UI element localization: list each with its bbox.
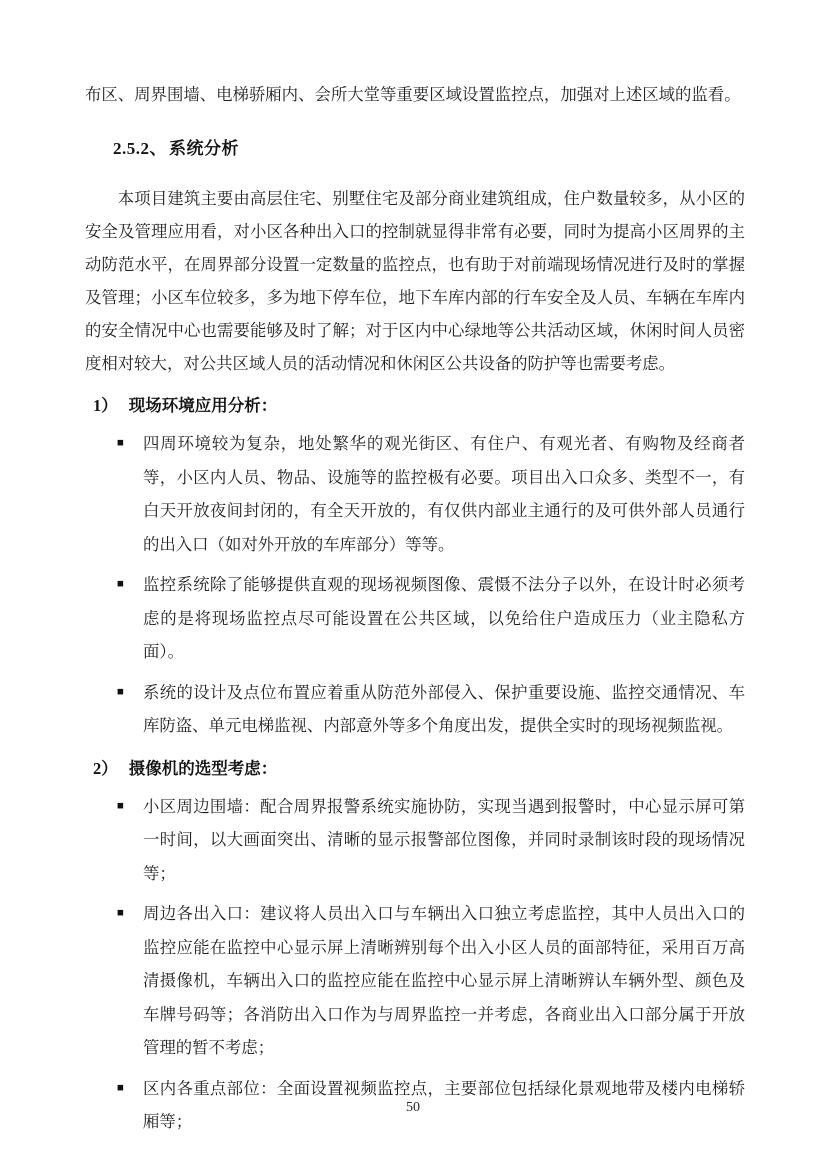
section-heading: 2.5.2、系统分析: [113, 136, 745, 162]
bullet-item: ■ 系统的设计及点位布置应着重从防范外部侵入、保护重要设施、监控交通情况、车库防…: [85, 676, 745, 743]
bullet-text: 监控系统除了能够提供直观的现场视频图像、震慑不法分子以外，在设计时必须考虑的是将…: [143, 575, 745, 661]
bullet-square-icon: ■: [117, 676, 124, 710]
bullet-item: ■ 周边各出入口：建议将人员出入口与车辆出入口独立考虑监控，其中人员出入口的监控…: [85, 897, 745, 1065]
bullet-list-site-analysis: ■ 四周环境较为复杂，地处繁华的观光街区、有住户、有观光者、有购物及经商者等，小…: [85, 427, 745, 743]
subsection-title: 现场环境应用分析：: [129, 396, 278, 415]
page-content: 布区、周界围墙、电梯骄厢内、会所大堂等重要区域设置监控点，加强对上述区域的监看。…: [85, 78, 745, 1139]
subsection-heading-camera-selection: 2）摄像机的选型考虑：: [93, 755, 745, 783]
continuation-paragraph: 布区、周界围墙、电梯骄厢内、会所大堂等重要区域设置监控点，加强对上述区域的监看。: [85, 78, 745, 111]
bullet-square-icon: ■: [117, 427, 124, 461]
subsection-number: 1）: [93, 396, 118, 415]
document-page: 布区、周界围墙、电梯骄厢内、会所大堂等重要区域设置监控点，加强对上述区域的监看。…: [0, 0, 826, 1169]
subsection-title: 摄像机的选型考虑：: [129, 759, 278, 778]
bullet-item: ■ 四周环境较为复杂，地处繁华的观光街区、有住户、有观光者、有购物及经商者等，小…: [85, 427, 745, 561]
subsection-number: 2）: [93, 759, 118, 778]
bullet-item: ■ 小区周边围墙：配合周界报警系统实施协防，实现当遇到报警时，中心显示屏可第一时…: [85, 790, 745, 891]
section-heading-title: 系统分析: [169, 139, 239, 158]
bullet-list-camera-selection: ■ 小区周边围墙：配合周界报警系统实施协防，实现当遇到报警时，中心显示屏可第一时…: [85, 790, 745, 1139]
section-heading-number: 2.5.2、: [113, 139, 167, 158]
bullet-square-icon: ■: [117, 790, 124, 824]
bullet-text: 周边各出入口：建议将人员出入口与车辆出入口独立考虑监控，其中人员出入口的监控应能…: [143, 904, 745, 1057]
bullet-square-icon: ■: [117, 568, 124, 602]
subsection-heading-site-analysis: 1）现场环境应用分析：: [93, 392, 745, 420]
bullet-text: 小区周边围墙：配合周界报警系统实施协防，实现当遇到报警时，中心显示屏可第一时间，…: [143, 797, 745, 883]
bullet-item: ■ 监控系统除了能够提供直观的现场视频图像、震慑不法分子以外，在设计时必须考虑的…: [85, 568, 745, 669]
bullet-square-icon: ■: [117, 897, 124, 931]
intro-paragraph: 本项目建筑主要由高层住宅、别墅住宅及部分商业建筑组成，住户数量较多，从小区的安全…: [85, 182, 745, 380]
page-number: 50: [0, 1100, 826, 1116]
bullet-text: 系统的设计及点位布置应着重从防范外部侵入、保护重要设施、监控交通情况、车库防盗、…: [143, 683, 745, 736]
bullet-text: 四周环境较为复杂，地处繁华的观光街区、有住户、有观光者、有购物及经商者等，小区内…: [143, 434, 745, 554]
